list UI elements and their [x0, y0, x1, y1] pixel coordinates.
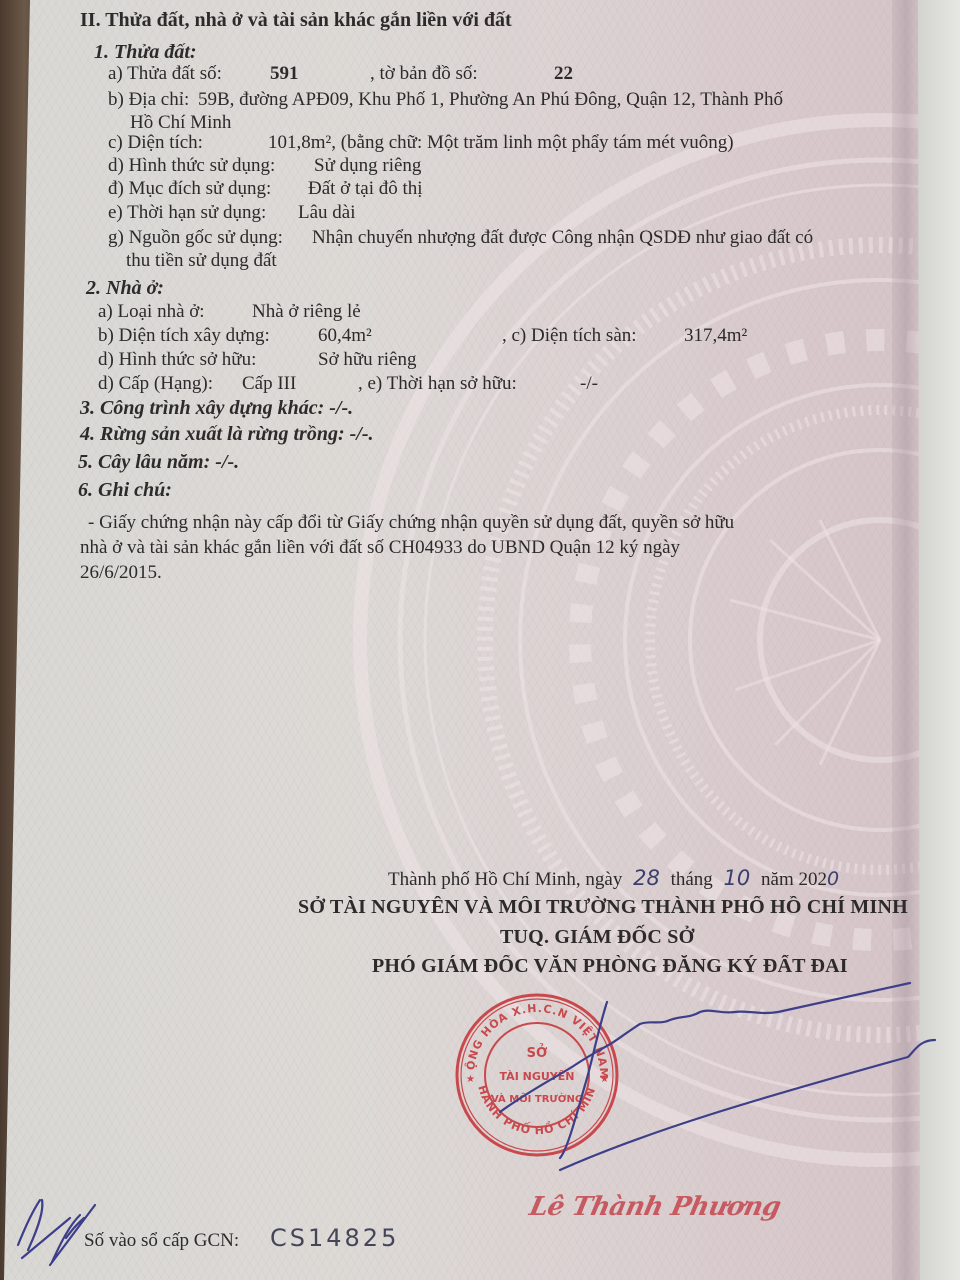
- seal-center-line2: TÀI NGUYÊN: [500, 1070, 575, 1083]
- area-label: c) Diện tích:: [108, 132, 203, 154]
- house-type-value: Nhà ở riêng lẻ: [252, 301, 361, 323]
- address-value-line2: Hồ Chí Minh: [130, 112, 231, 134]
- official-seal: CỘNG HÒA X.H.C.N VIỆT NAM THÀNH PHỐ HỒ C…: [452, 990, 622, 1160]
- issue-place-date: Thành phố Hồ Chí Minh, ngày 28 tháng 10 …: [388, 867, 839, 891]
- area-value: 101,8m², (bằng chữ: Một trăm linh một ph…: [268, 132, 734, 154]
- svg-text:★: ★: [600, 1074, 609, 1085]
- issue-place-prefix: Thành phố Hồ Chí Minh, ngày: [388, 869, 622, 890]
- address-value-line1: 59B, đường APĐ09, Khu Phố 1, Phường An P…: [198, 89, 783, 111]
- map-sheet-value: 22: [554, 63, 573, 85]
- issue-day: 28: [633, 866, 660, 890]
- usage-term-value: Lâu dài: [298, 202, 356, 224]
- registry-value: CS14825: [270, 1227, 399, 1249]
- usage-form-value: Sử dụng riêng: [314, 155, 421, 177]
- usage-term-label: e) Thời hạn sử dụng:: [108, 202, 266, 224]
- build-area-value: 60,4m²: [318, 325, 372, 347]
- signer-title: PHÓ GIÁM ĐỐC VĂN PHÒNG ĐĂNG KÝ ĐẤT ĐAI: [372, 955, 918, 977]
- on-behalf-of: TUQ. GIÁM ĐỐC SỞ: [500, 926, 694, 948]
- issue-year-hand: 0: [827, 868, 839, 890]
- usage-purpose-value: Đất ở tại đô thị: [308, 178, 423, 200]
- map-sheet-label: , tờ bản đồ số:: [370, 63, 478, 85]
- land-heading: 1. Thửa đất:: [94, 41, 197, 63]
- usage-form-label: d) Hình thức sử dụng:: [108, 155, 275, 177]
- seal-outer-top: CỘNG HÒA X.H.C.N VIỆT NAM: [452, 990, 610, 1080]
- usage-origin-value-line1: Nhận chuyển nhượng đất được Công nhận QS…: [312, 227, 813, 249]
- build-area-label: b) Diện tích xây dựng:: [98, 325, 270, 347]
- other-construction: 3. Công trình xây dựng khác: -/-.: [80, 397, 353, 419]
- section-title: II. Thửa đất, nhà ở và tài sản khác gắn …: [80, 9, 512, 31]
- notes-line3: 26/6/2015.: [80, 562, 162, 584]
- issue-year-label: năm 202: [761, 869, 827, 890]
- floor-area-label: , c) Diện tích sàn:: [502, 325, 637, 347]
- issuing-agency: SỞ TÀI NGUYÊN VÀ MÔI TRƯỜNG THÀNH PHỐ HỒ…: [298, 896, 918, 918]
- svg-text:★: ★: [466, 1074, 475, 1085]
- perennial-trees: 5. Cây lâu năm: -/-.: [78, 451, 239, 473]
- issue-month-label: tháng: [671, 869, 713, 890]
- seal-center-line1: SỞ: [527, 1044, 548, 1061]
- house-grade-value: Cấp III: [242, 373, 296, 395]
- notes-line1: - Giấy chứng nhận này cấp đổi từ Giấy ch…: [88, 512, 734, 534]
- parcel-number-label: a) Thửa đất số:: [108, 63, 222, 85]
- paper-fold: [892, 0, 920, 1280]
- svg-text:CỘNG HÒA X.H.C.N VIỆT NAM: CỘNG HÒA X.H.C.N VIỆT NAM: [452, 990, 610, 1080]
- seal-center-line3: VÀ MÔI TRƯỜNG: [491, 1092, 583, 1105]
- usage-origin-label: g) Nguồn gốc sử dụng:: [108, 227, 283, 249]
- notes-heading: 6. Ghi chú:: [78, 479, 172, 501]
- house-type-label: a) Loại nhà ở:: [98, 301, 205, 323]
- signer-name: Lê Thành Phương: [527, 1192, 784, 1222]
- issue-month: 10: [724, 866, 751, 890]
- ownership-term-label: , e) Thời hạn sở hữu:: [358, 373, 517, 395]
- parcel-number-value: 591: [270, 63, 299, 85]
- registry-label: Số vào sổ cấp GCN:: [84, 1230, 239, 1252]
- ownership-form-value: Sở hữu riêng: [318, 349, 416, 371]
- production-forest: 4. Rừng sản xuất là rừng trồng: -/-.: [80, 423, 373, 445]
- address-label: b) Địa chỉ:: [108, 89, 189, 111]
- ownership-form-label: d) Hình thức sở hữu:: [98, 349, 256, 371]
- usage-purpose-label: đ) Mục đích sử dụng:: [108, 178, 271, 200]
- ownership-term-value: -/-: [580, 373, 598, 395]
- house-heading: 2. Nhà ở:: [86, 277, 164, 299]
- house-grade-label: d) Cấp (Hạng):: [98, 373, 213, 395]
- floor-area-value: 317,4m²: [684, 325, 747, 347]
- notes-line2: nhà ở và tài sản khác gắn liền với đất s…: [80, 537, 680, 559]
- usage-origin-value-line2: thu tiền sử dụng đất: [126, 250, 277, 272]
